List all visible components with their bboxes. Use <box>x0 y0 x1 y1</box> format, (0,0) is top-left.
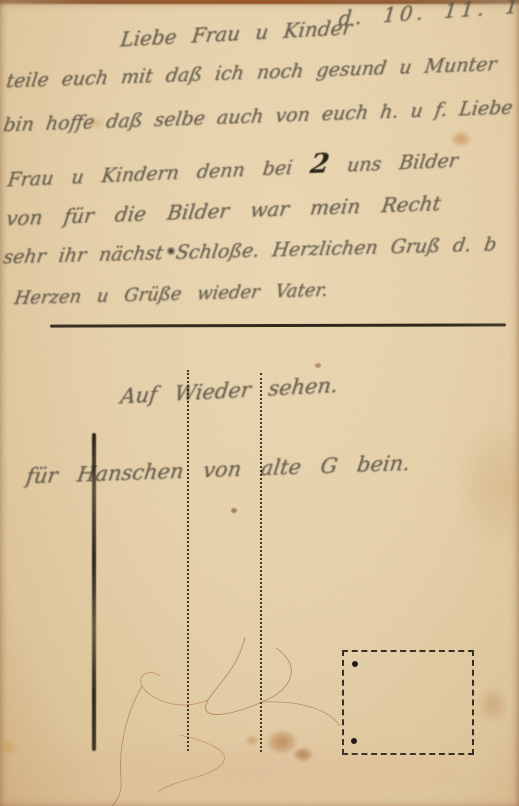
paper-grain-overlay <box>0 0 519 806</box>
postcard-scan: d. 10. 11. 17 Liebe Frau u Kinder teile … <box>0 0 519 806</box>
